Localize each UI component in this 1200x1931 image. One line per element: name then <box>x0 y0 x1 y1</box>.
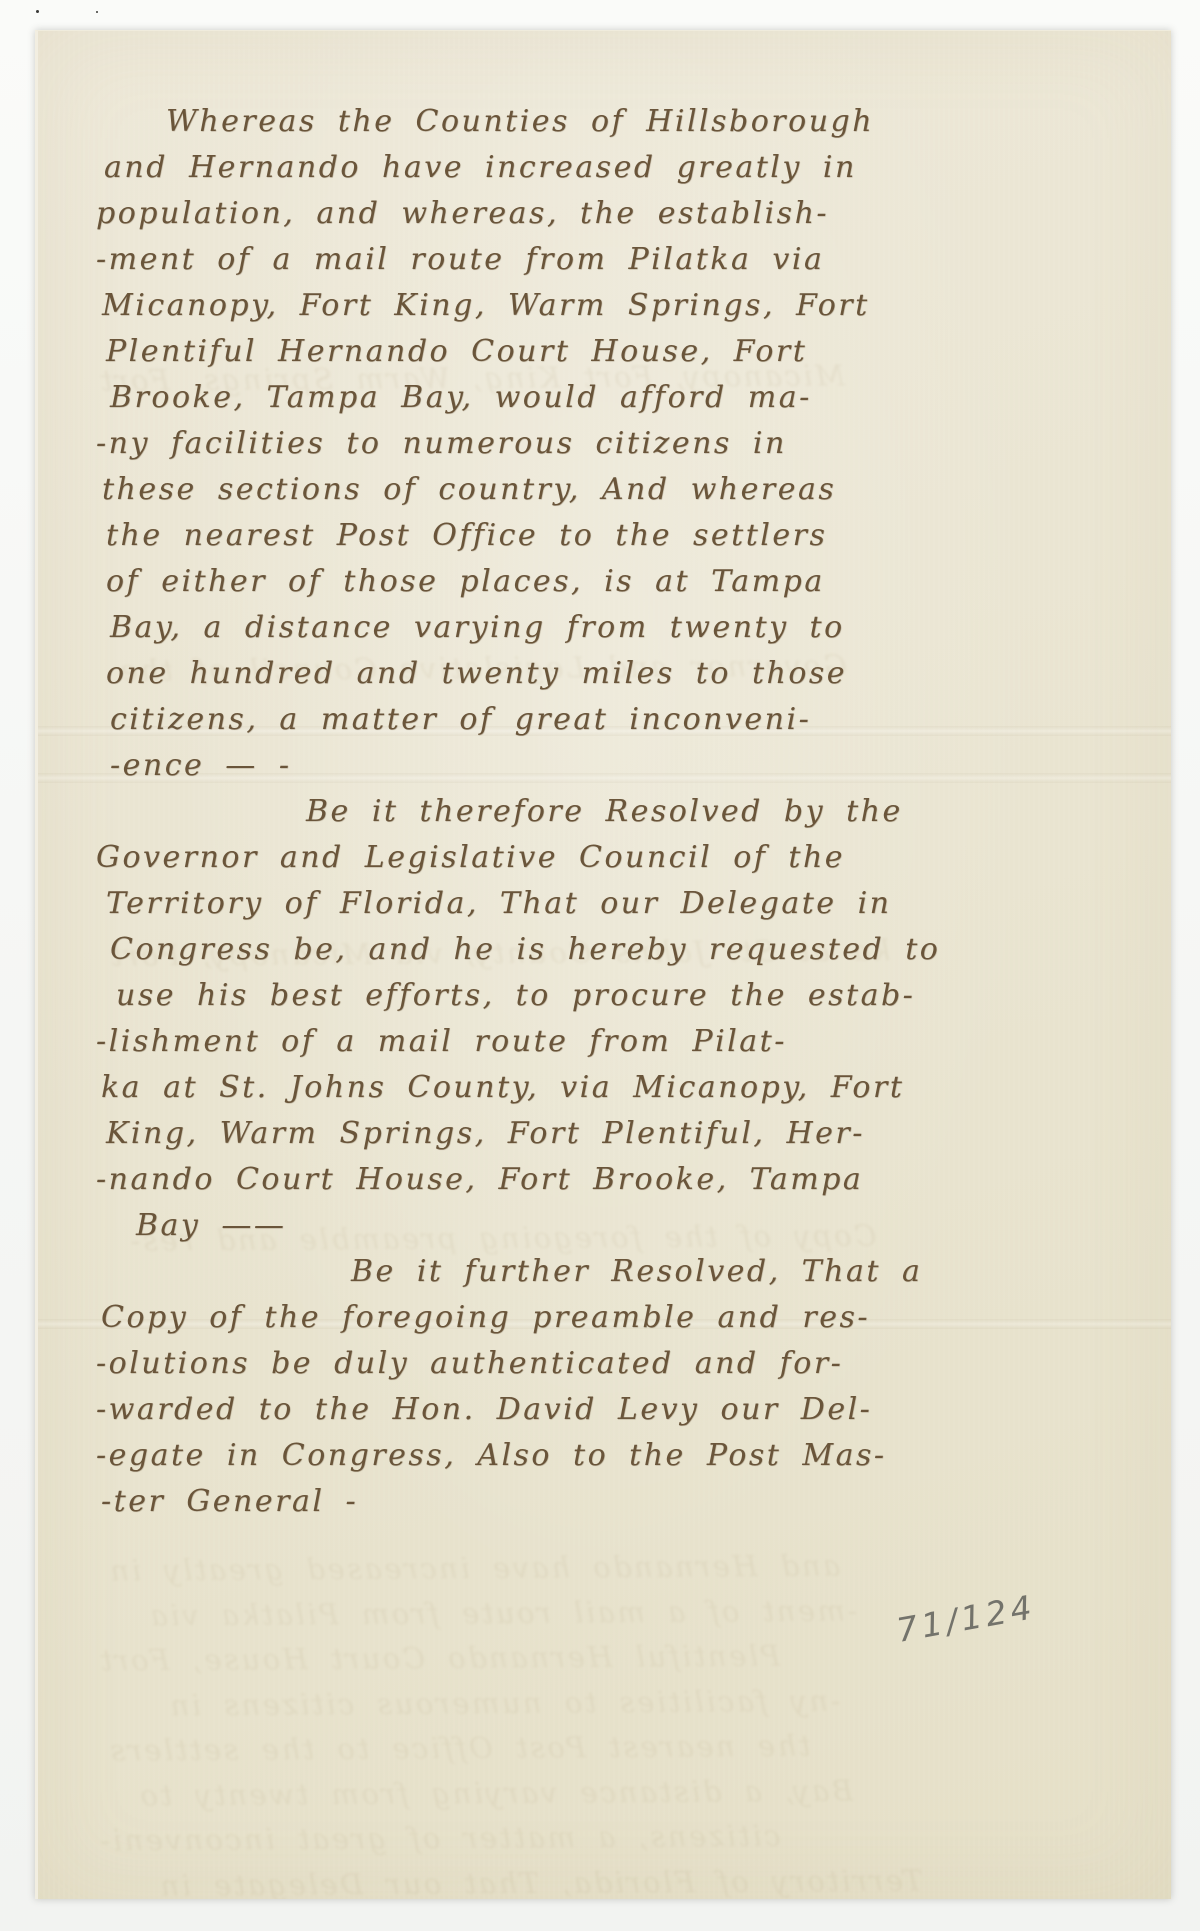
manuscript-line: Bay, a distance varying from twenty to <box>96 605 940 651</box>
manuscript-line: Congress be, and he is hereby requested … <box>96 927 940 973</box>
manuscript-line: Plentiful Hernando Court House, Fort <box>96 329 940 375</box>
manuscript-line: and Hernando have increased greatly in <box>96 145 940 191</box>
manuscript-line: use his best efforts, to procure the est… <box>96 973 940 1019</box>
bleed-through-ghost-text: citizens, a matter of great inconveni- <box>98 1819 781 1858</box>
manuscript-line: Brooke, Tampa Bay, would afford ma- <box>96 375 940 421</box>
manuscript-line: Bay —— <box>96 1203 940 1249</box>
bleed-through-ghost-text: and Hernando have increased greatly in <box>108 1548 841 1587</box>
dust-speck <box>96 11 98 13</box>
manuscript-line: Be it further Resolved, That a <box>96 1249 940 1295</box>
manuscript-line: -lishment of a mail route from Pilat- <box>96 1019 940 1065</box>
manuscript-line: of either of those places, is at Tampa <box>96 559 940 605</box>
bleed-through-ghost-text: Plentiful Hernando Court House, Fort <box>98 1639 780 1678</box>
manuscript-text: Whereas the Counties of Hillsboroughand … <box>96 99 940 1525</box>
manuscript-line: Whereas the Counties of Hillsborough <box>96 99 940 145</box>
manuscript-paper: Micanopy, Fort King, Warm Springs, FortG… <box>35 30 1171 1899</box>
manuscript-line: -egate in Congress, Also to the Post Mas… <box>96 1433 940 1479</box>
manuscript-line: these sections of country, And whereas <box>96 467 940 513</box>
bleed-through-ghost-text: -ment of a mail route from Pilatka via <box>148 1594 858 1633</box>
manuscript-line: Micanopy, Fort King, Warm Springs, Fort <box>96 283 940 329</box>
bleed-through-ghost-text: Bay, a distance varying from twenty to <box>138 1774 853 1813</box>
manuscript-line: -ter General - <box>96 1479 940 1525</box>
manuscript-line: -nando Court House, Fort Brooke, Tampa <box>96 1157 940 1203</box>
manuscript-line: ka at St. Johns County, via Micanopy, Fo… <box>96 1065 940 1111</box>
manuscript-line: Governor and Legislative Council of the <box>96 835 940 881</box>
manuscript-line: King, Warm Springs, Fort Plentiful, Her- <box>96 1111 940 1157</box>
manuscript-line: population, and whereas, the establish- <box>96 191 940 237</box>
manuscript-line: the nearest Post Office to the settlers <box>96 513 940 559</box>
manuscript-line: -ny facilities to numerous citizens in <box>96 421 940 467</box>
manuscript-line: citizens, a matter of great inconveni- <box>96 697 940 743</box>
bleed-through-ghost-text: Territory of Florida, That our Delegate … <box>158 1863 923 1899</box>
manuscript-line: one hundred and twenty miles to those <box>96 651 940 697</box>
manuscript-line: Copy of the foregoing preamble and res- <box>96 1295 940 1341</box>
dust-speck <box>36 10 39 13</box>
manuscript-line: -olutions be duly authenticated and for- <box>96 1341 940 1387</box>
bleed-through-ghost-text: the nearest Post Office to the settlers <box>108 1729 811 1768</box>
manuscript-line: -warded to the Hon. David Levy our Del- <box>96 1387 940 1433</box>
manuscript-line: -ence — - <box>96 743 940 789</box>
manuscript-line: Territory of Florida, That our Delegate … <box>96 881 940 927</box>
bleed-through-ghost-text: -ny facilities to numerous citizens in <box>168 1684 841 1723</box>
scan-background: { "document": { "kind": "handwritten-man… <box>0 0 1200 1931</box>
manuscript-line: Be it therefore Resolved by the <box>96 789 940 835</box>
manuscript-line: -ment of a mail route from Pilatka via <box>96 237 940 283</box>
